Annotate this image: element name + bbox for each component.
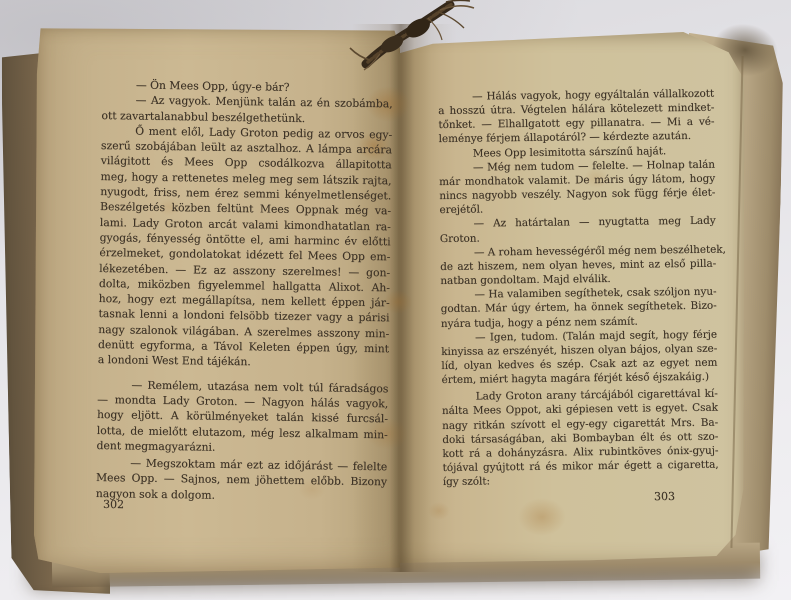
text-line: értem, miért hagyta magára férjét késő é… (441, 370, 717, 388)
paragraph: — Ha valamiben segíthetek, csak szóljon … (440, 285, 716, 331)
paragraph: — Megszoktam már ezt az időjárást — fele… (96, 455, 388, 505)
paragraph: — Hálás vagyok, hogy egyáltalán vállalko… (438, 87, 715, 147)
paragraph: — Igen, tudom. (Talán majd segít, hogy f… (441, 327, 718, 387)
paragraph: — Az határtalan — nyugtatta meg LadyGrot… (440, 214, 716, 246)
paragraph: — Remélem, utazása nem volt túl fáradság… (96, 377, 388, 458)
left-page-text: — Ön Mees Opp, úgy-e bár?— Az vagyok. Me… (96, 77, 393, 505)
paragraph: Lady Groton arany tárcájából cigarettáva… (442, 387, 719, 489)
paragraph: — A roham hevességéről még nem beszélhet… (440, 242, 716, 288)
right-page-text: — Hálás vagyok, hogy egyáltalán vállalko… (438, 87, 719, 490)
paragraph: — Az vagyok. Menjünk talán az én szobámb… (101, 92, 392, 127)
book-photograph: — Ön Mees Opp, úgy-e bár?— Az vagyok. Me… (0, 0, 791, 600)
paragraph: — Még nem tudom — felelte. — Holnap talá… (439, 157, 716, 217)
page-number-right: 303 (654, 490, 675, 503)
paragraph: Ő ment elől, Lady Groton pedig az orvos … (98, 123, 393, 372)
page-number-left: 302 (103, 498, 124, 511)
bookmark-string (320, 0, 490, 72)
